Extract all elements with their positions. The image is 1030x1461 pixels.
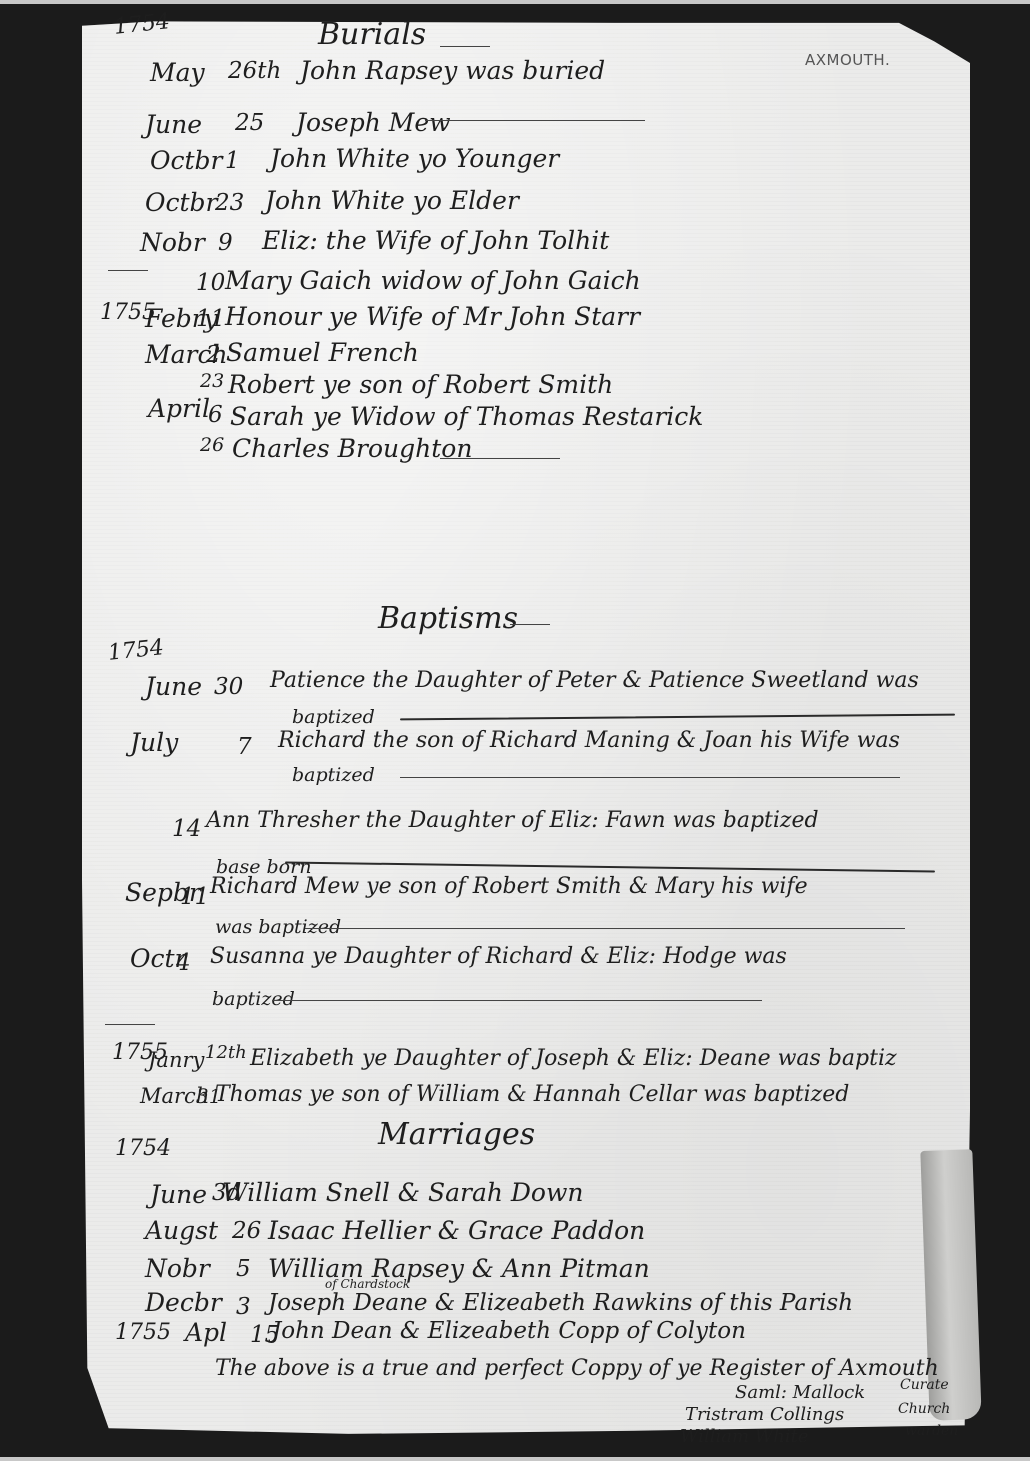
burial-day: 6 xyxy=(208,404,223,427)
burial-day: 11 xyxy=(196,308,225,331)
burial-month: May xyxy=(150,60,205,85)
burial-entry: Sarah ye Widow of Thomas Restarick xyxy=(230,404,703,429)
baptism-month: June xyxy=(145,674,202,699)
baptism-month: July xyxy=(130,730,178,755)
marriage-entry: William Snell & Sarah Down xyxy=(222,1180,584,1205)
baptism-day: 7 xyxy=(237,736,252,759)
heading-flourish xyxy=(510,624,550,625)
burial-entry: Eliz: the Wife of John Tolhit xyxy=(262,228,609,253)
burial-entry: Mary Gaich widow of John Gaich xyxy=(225,268,641,293)
baptism-continuation: baptized xyxy=(292,708,375,727)
burial-entry: Robert ye son of Robert Smith xyxy=(228,372,613,397)
burial-day: 10 xyxy=(196,272,225,295)
burial-day: 1 xyxy=(225,150,240,173)
burial-entry: Honour ye Wife of Mr John Starr xyxy=(225,304,640,329)
marriage-entry: Joseph Deane & Elizeabeth Rawkins of thi… xyxy=(268,1292,853,1315)
archive-mark: AXMOUTH. xyxy=(805,51,890,69)
burial-entry: Samuel French xyxy=(226,340,419,365)
baptisms-heading: Baptisms xyxy=(378,604,518,634)
signature-warden1-role: Church xyxy=(898,1402,950,1416)
baptism-entry: Richard Mew ye son of Robert Smith & Mar… xyxy=(210,876,808,898)
burial-entry: John White yo Elder xyxy=(265,188,519,213)
burial-entry: Joseph Mew xyxy=(296,110,451,135)
burial-month: Octbr xyxy=(145,190,218,215)
marriage-day: 5 xyxy=(236,1258,251,1281)
marriage-month: Nobr xyxy=(145,1256,210,1281)
burial-month: Nobr xyxy=(140,230,205,255)
baptism-day: 14 xyxy=(172,818,201,841)
baptism-entry: Elizabeth ye Daughter of Joseph & Eliz: … xyxy=(250,1048,897,1070)
marriage-day: 3 xyxy=(236,1296,251,1319)
signature-warden2-name: William White xyxy=(680,1428,808,1446)
entry-rule xyxy=(400,777,900,778)
burial-day: 26th xyxy=(228,60,281,83)
entry-rule xyxy=(272,1000,762,1001)
marriages-year-1755: 1755 xyxy=(115,1322,171,1344)
marriage-entry: Isaac Hellier & Grace Paddon xyxy=(268,1218,645,1243)
signature-warden2-role: warden xyxy=(905,1424,958,1438)
burial-day: 9 xyxy=(218,232,233,255)
baptism-entry: Patience the Daughter of Peter & Patienc… xyxy=(270,670,919,692)
burial-day: 23 xyxy=(200,372,224,391)
burial-entry: John Rapsey was buried xyxy=(300,58,605,83)
baptism-entry: Ann Thresher the Daughter of Eliz: Fawn … xyxy=(206,810,819,832)
baptism-day: 4 xyxy=(176,952,191,975)
marriage-interlineation: of Chardstock xyxy=(325,1278,410,1290)
burial-month: June xyxy=(145,112,202,137)
entry-rule xyxy=(440,458,560,459)
baptism-entry: Thomas ye son of William & Hannah Cellar… xyxy=(215,1084,849,1106)
year-divider xyxy=(105,1024,155,1025)
burial-day: 2 xyxy=(206,344,221,367)
marriages-heading: Marriages xyxy=(378,1120,535,1150)
baptism-day: 30 xyxy=(214,676,243,699)
baptisms-year-1754: 1754 xyxy=(107,637,165,665)
signature-warden1-name: Tristram Collings xyxy=(685,1406,844,1424)
baptism-entry: Richard the son of Richard Maning & Joan… xyxy=(278,730,900,752)
baptism-continuation: baptized xyxy=(292,766,375,785)
marriage-entry: John Dean & Elizeabeth Copp of Colyton xyxy=(272,1320,746,1343)
marriage-month: Apl xyxy=(185,1320,227,1345)
burial-month: April xyxy=(148,396,210,421)
year-divider xyxy=(108,270,148,271)
signature-curate-role: Curate xyxy=(900,1378,949,1392)
burial-day: 25 xyxy=(235,112,264,135)
scan-border-top xyxy=(0,0,1030,4)
entry-rule xyxy=(305,928,905,929)
baptism-entry: Susanna ye Daughter of Richard & Eliz: H… xyxy=(210,946,787,968)
baptism-day: 11 xyxy=(180,886,209,909)
signature-curate-name: Saml: Mallock xyxy=(735,1384,865,1402)
burials-year-1754: 1754 xyxy=(113,11,171,39)
heading-flourish xyxy=(440,46,490,47)
marriage-month: Decbr xyxy=(145,1290,222,1315)
attestation-text: The above is a true and perfect Coppy of… xyxy=(215,1358,939,1380)
marriage-month: June xyxy=(150,1182,207,1207)
burial-day: 26 xyxy=(200,436,224,455)
burial-entry: John White yo Younger xyxy=(270,146,559,171)
burials-heading: Burials xyxy=(318,20,426,50)
scan-border-bottom xyxy=(0,1457,1030,1461)
marriage-day: 26 xyxy=(232,1220,261,1243)
marriage-month: Augst xyxy=(145,1218,218,1243)
baptism-day: 12th xyxy=(205,1044,247,1062)
entry-rule xyxy=(425,120,645,121)
burial-day: 23 xyxy=(215,192,244,215)
baptism-month: Janry xyxy=(148,1050,204,1071)
marriages-year-1754: 1754 xyxy=(115,1138,171,1160)
burial-entry: Charles Broughton xyxy=(232,436,472,461)
burial-month: Octbr xyxy=(150,148,223,173)
